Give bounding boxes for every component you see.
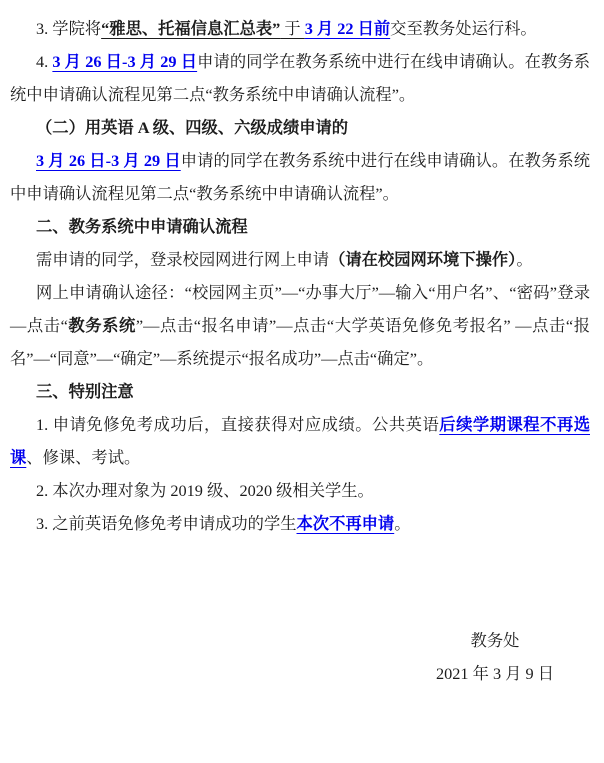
text-run: 、修课、考试。: [26, 448, 140, 467]
notice-paragraph: 1. 申请免修免考成功后，直接获得对应成绩。公共英语后续学期课程不再选课、修课、…: [10, 408, 590, 474]
text-run: 1. 申请免修免考成功后，直接获得对应成绩。公共英语: [36, 415, 439, 434]
text-run: 4.: [36, 52, 52, 71]
notice-paragraph: 3 月 26 日-3 月 29 日申请的同学在教务系统中进行在线申请确认。在教务…: [10, 144, 590, 210]
text-run: （二）用英语 A 级、四级、六级成绩申请的: [36, 118, 348, 137]
section-heading: （二）用英语 A 级、四级、六级成绩申请的: [10, 111, 590, 144]
text-run: 二、教务系统中申请确认流程: [36, 217, 248, 236]
section-heading: 三、特别注意: [10, 375, 590, 408]
text-run: 。: [394, 514, 410, 533]
text-run: 交至教务处运行科。: [390, 19, 537, 38]
text-run: 需申请的同学，登录校园网进行网上申请: [36, 250, 329, 269]
notice-paragraph: 2. 本次办理对象为 2019 级、2020 级相关学生。: [10, 474, 590, 507]
text-run: 3. 之前英语免修免考申请成功的学生: [36, 514, 297, 533]
document-footer: 教务处 2021 年 3 月 9 日: [436, 624, 554, 690]
date-line: 2021 年 3 月 9 日: [436, 657, 554, 690]
text-run: 3. 学院将: [36, 19, 101, 38]
document-body: 3. 学院将“雅思、托福信息汇总表” 于 3 月 22 日前交至教务处运行科。4…: [0, 0, 604, 540]
text-run: 于: [280, 19, 304, 38]
highlighted-text: 3 月 26 日-3 月 29 日: [36, 151, 181, 170]
highlighted-text: 本次不再申请: [297, 514, 395, 533]
signature-line: 教务处: [436, 624, 554, 657]
notice-paragraph: 4. 3 月 26 日-3 月 29 日申请的同学在教务系统中进行在线申请确认。…: [10, 45, 590, 111]
notice-paragraph: 需申请的同学，登录校园网进行网上申请（请在校园网环境下操作）。: [10, 243, 590, 276]
text-run: 2. 本次办理对象为 2019 级、2020 级相关学生。: [36, 481, 374, 500]
highlighted-text: 3 月 26 日-3 月 29 日: [52, 52, 197, 71]
highlighted-text: 3 月 22 日前: [305, 19, 390, 38]
notice-paragraph: 网上申请确认途径：“校园网主页”—“办事大厅”—输入“用户名”、“密码”登录—点…: [10, 276, 590, 375]
text-run: “雅思、托福信息汇总表”: [101, 19, 280, 38]
text-run: （请在校园网环境下操作）: [329, 250, 516, 269]
text-run: 三、特别注意: [36, 382, 134, 401]
notice-paragraph: 3. 之前英语免修免考申请成功的学生本次不再申请。: [10, 507, 590, 540]
text-run: 教务系统: [68, 316, 136, 335]
text-run: 。: [516, 250, 532, 269]
section-heading: 二、教务系统中申请确认流程: [10, 210, 590, 243]
notice-paragraph: 3. 学院将“雅思、托福信息汇总表” 于 3 月 22 日前交至教务处运行科。: [10, 12, 590, 45]
